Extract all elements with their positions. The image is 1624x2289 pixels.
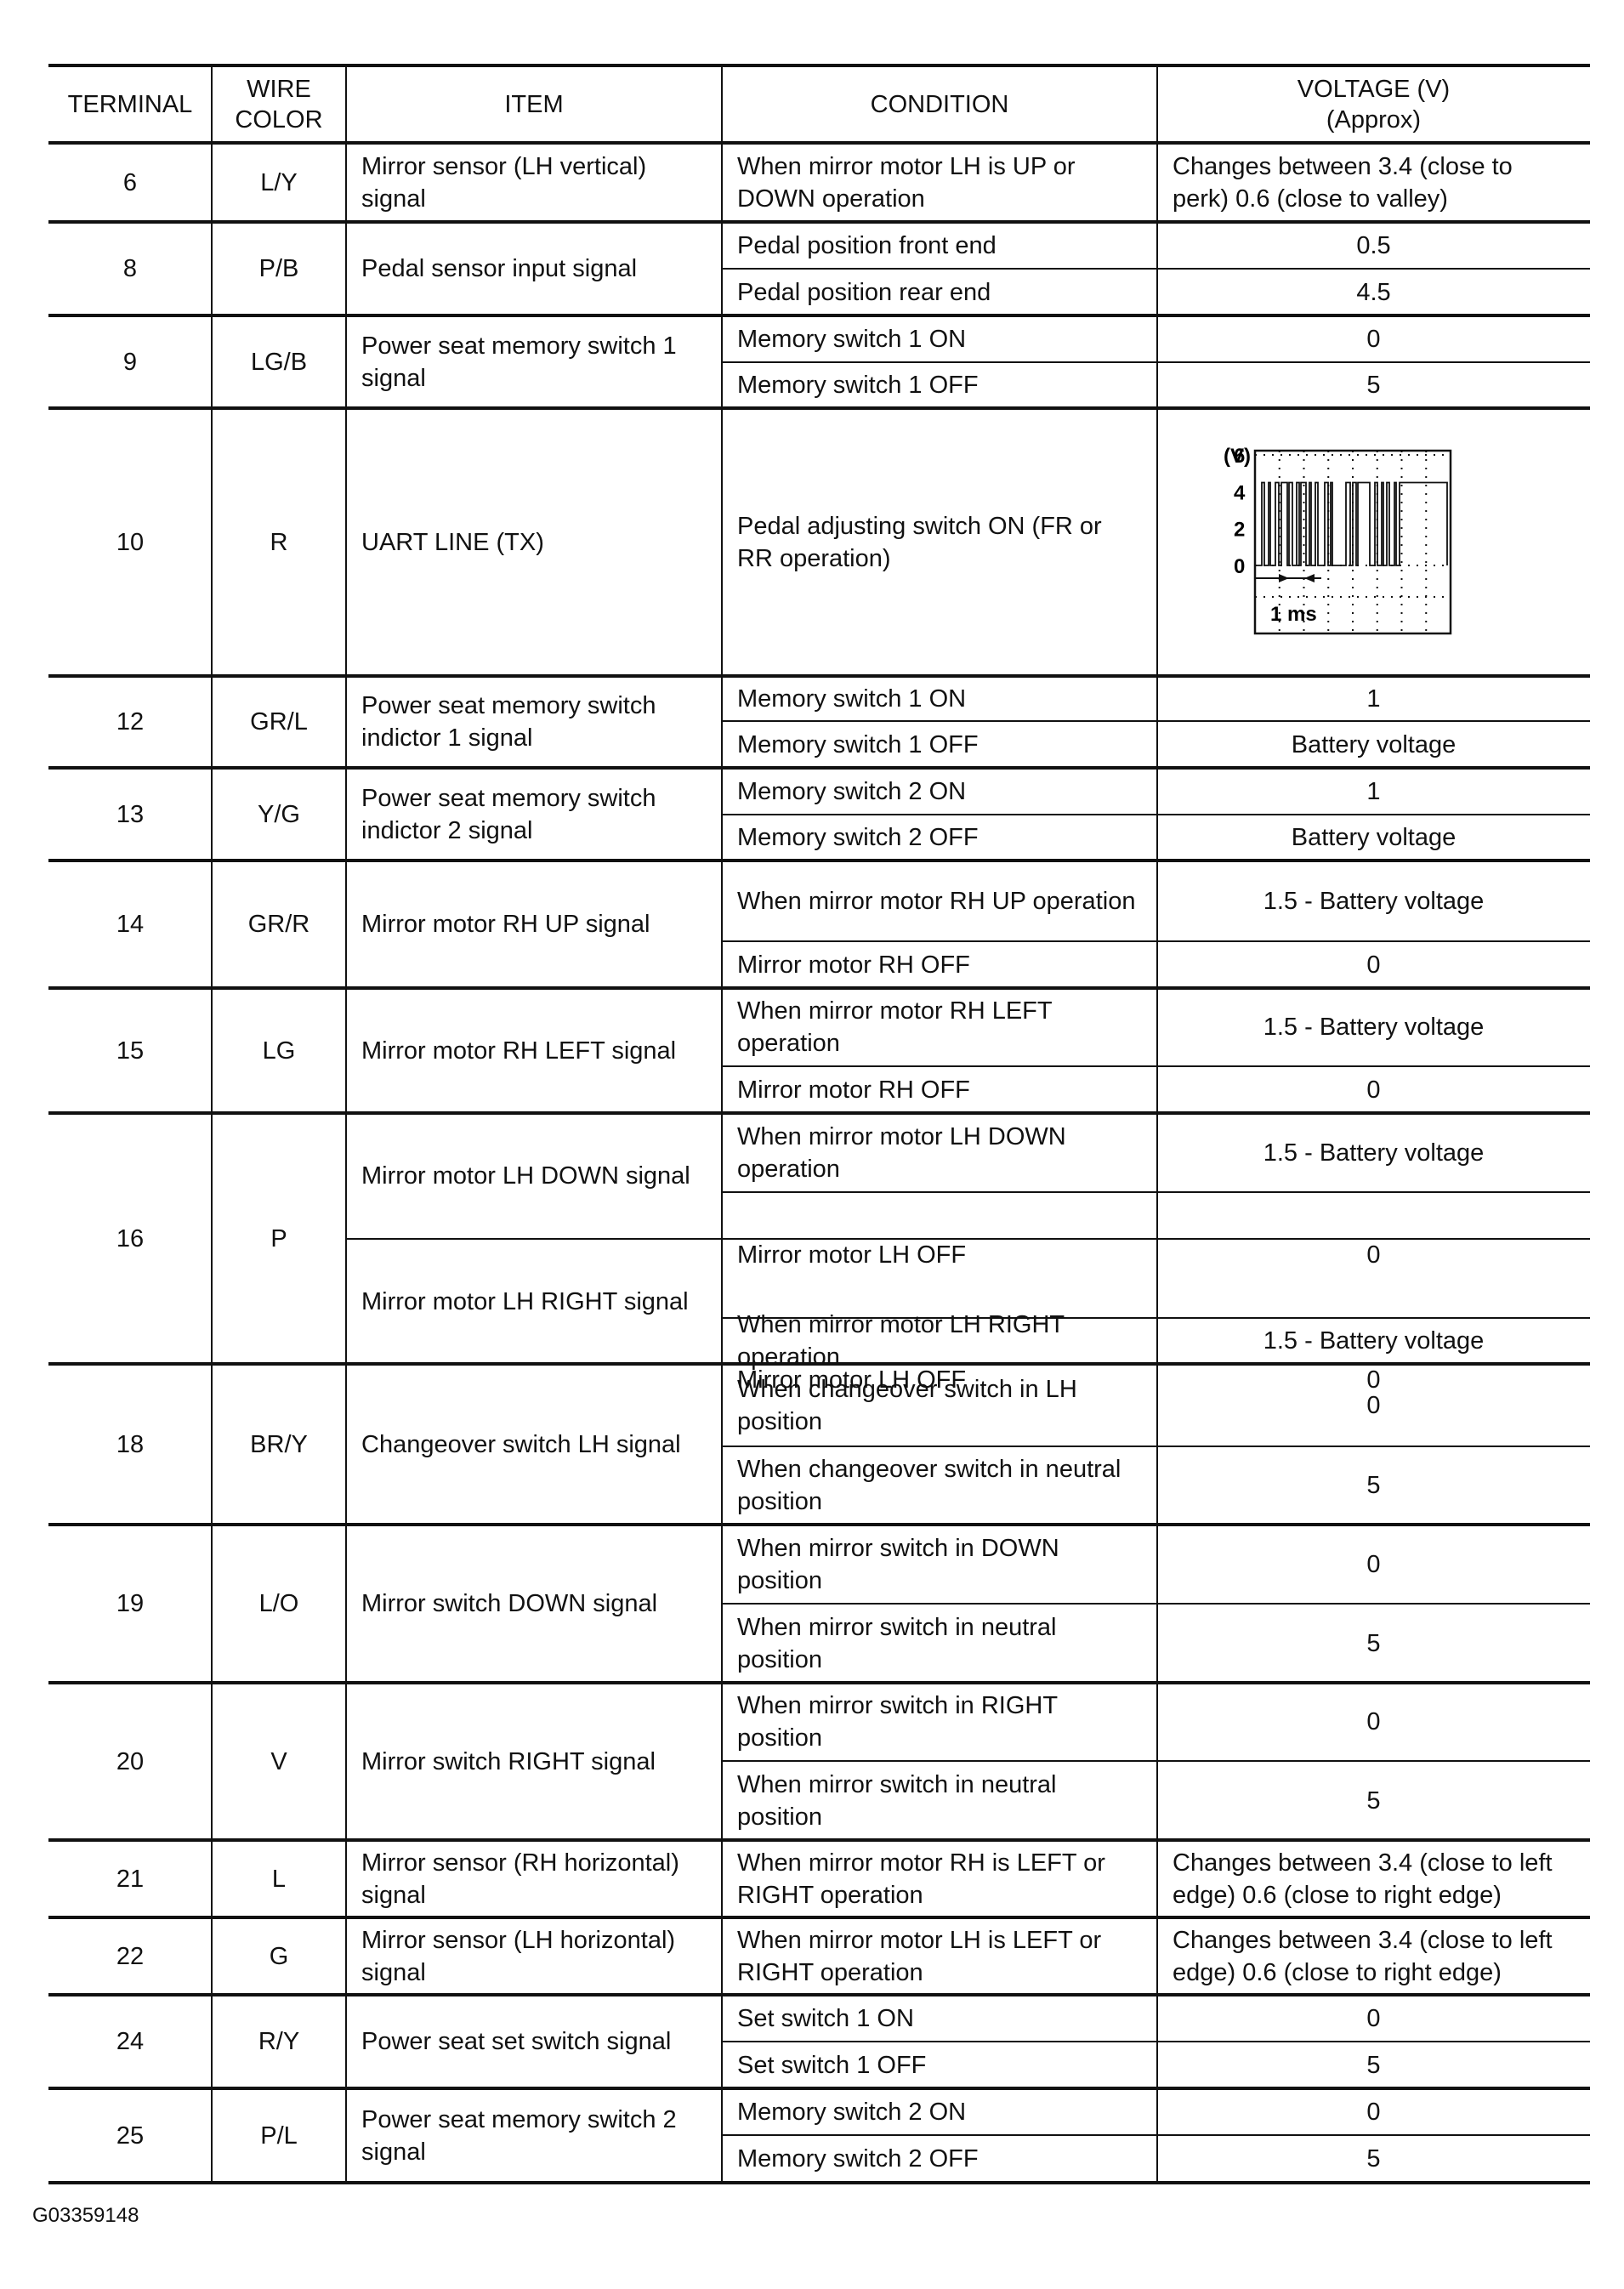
voltage-value: Battery voltage bbox=[1157, 815, 1590, 861]
voltage-value: 5 bbox=[1157, 1604, 1590, 1683]
condition-text: When changeover switch in LH position bbox=[722, 1364, 1157, 1446]
svg-text:4: 4 bbox=[1234, 481, 1246, 504]
condition-text: Memory switch 2 ON bbox=[722, 2088, 1157, 2135]
voltage-value: 0 bbox=[1157, 1364, 1590, 1446]
condition-text: Memory switch 1 ON bbox=[722, 676, 1157, 721]
condition-text: Memory switch 2 OFF bbox=[722, 815, 1157, 861]
voltage-value: 5 bbox=[1157, 1446, 1590, 1525]
item-label: UART LINE (TX) bbox=[346, 408, 722, 676]
terminal-number: 18 bbox=[48, 1364, 212, 1525]
condition-text: When mirror motor RH UP operation bbox=[722, 861, 1157, 941]
item-label: Mirror sensor (LH horizontal) signal bbox=[346, 1917, 722, 1995]
voltage-value: 5 bbox=[1157, 2135, 1590, 2183]
terminal-number: 19 bbox=[48, 1525, 212, 1683]
wire-color: GR/L bbox=[212, 676, 346, 768]
wire-color: P bbox=[212, 1113, 346, 1364]
header-wire-color: WIRECOLOR bbox=[212, 65, 346, 143]
condition-text: When mirror motor RH LEFT operation bbox=[722, 988, 1157, 1066]
voltage-value: 1.5 - Battery voltage bbox=[1157, 1113, 1590, 1192]
voltage-value: Battery voltage bbox=[1157, 721, 1590, 768]
header-terminal: TERMINAL bbox=[48, 65, 212, 143]
terminal-number: 14 bbox=[48, 861, 212, 988]
voltage-value: Changes between 3.4 (close to perk) 0.6 … bbox=[1157, 143, 1590, 222]
condition-text: Memory switch 1 OFF bbox=[722, 362, 1157, 408]
wire-color: L/O bbox=[212, 1525, 346, 1683]
wire-color: R bbox=[212, 408, 346, 676]
condition-text: When mirror switch in neutral position bbox=[722, 1761, 1157, 1840]
item-label: Mirror sensor (LH vertical) signal bbox=[346, 143, 722, 222]
condition-text: When mirror motor LH is LEFT or RIGHT op… bbox=[722, 1917, 1157, 1995]
terminal-number: 20 bbox=[48, 1683, 212, 1840]
terminal-number: 10 bbox=[48, 408, 212, 676]
voltage-value: 1.5 - Battery voltage bbox=[1157, 1318, 1590, 1364]
item-label: Mirror sensor (RH horizontal) signal bbox=[346, 1840, 722, 1917]
item-label: Mirror motor RH LEFT signal bbox=[346, 988, 722, 1113]
wire-color: L/Y bbox=[212, 143, 346, 222]
terminal-number: 21 bbox=[48, 1840, 212, 1917]
voltage-value: Changes between 3.4 (close to left edge)… bbox=[1157, 1840, 1590, 1917]
voltage-value: 1 bbox=[1157, 768, 1590, 815]
item-label: Mirror switch RIGHT signal bbox=[346, 1683, 722, 1840]
header-condition: CONDITION bbox=[722, 65, 1157, 143]
item-label: Power seat memory switch 2 signal bbox=[346, 2088, 722, 2183]
terminal-number: 22 bbox=[48, 1917, 212, 1995]
wire-color: Y/G bbox=[212, 768, 346, 861]
terminal-number: 24 bbox=[48, 1995, 212, 2088]
condition-text: When mirror motor RH is LEFT or RIGHT op… bbox=[722, 1840, 1157, 1917]
figure-code: G03359148 bbox=[32, 2204, 139, 2228]
item-label: Mirror motor LH DOWN signal bbox=[346, 1113, 722, 1239]
condition-text: Mirror motor LH OFF bbox=[722, 1192, 1157, 1318]
svg-text:1 ms: 1 ms bbox=[1270, 603, 1317, 626]
voltage-value: 0 bbox=[1157, 1192, 1590, 1318]
voltage-value: 0 bbox=[1157, 2088, 1590, 2135]
wire-color: V bbox=[212, 1683, 346, 1840]
svg-text:6: 6 bbox=[1234, 445, 1245, 468]
item-label: Power seat memory switch indictor 1 sign… bbox=[346, 676, 722, 768]
voltage-value: 0 bbox=[1157, 941, 1590, 988]
item-label: Power seat memory switch indictor 2 sign… bbox=[346, 768, 722, 861]
condition-text: Memory switch 2 ON bbox=[722, 768, 1157, 815]
terminal-number: 25 bbox=[48, 2088, 212, 2183]
wire-color: BR/Y bbox=[212, 1364, 346, 1525]
item-label: Power seat set switch signal bbox=[346, 1995, 722, 2088]
condition-text: Mirror motor RH OFF bbox=[722, 941, 1157, 988]
terminal-number: 16 bbox=[48, 1113, 212, 1364]
voltage-value: 0 bbox=[1157, 1995, 1590, 2042]
voltage-value: 5 bbox=[1157, 362, 1590, 408]
condition-text: Memory switch 2 OFF bbox=[722, 2135, 1157, 2183]
wire-color: LG/B bbox=[212, 315, 346, 408]
condition-text: Mirror motor RH OFF bbox=[722, 1066, 1157, 1113]
voltage-value: 0.5 bbox=[1157, 222, 1590, 269]
condition-text: Memory switch 1 ON bbox=[722, 315, 1157, 362]
voltage-value: 4.5 bbox=[1157, 269, 1590, 315]
voltage-value: 0 bbox=[1157, 1683, 1590, 1761]
item-label: Mirror motor RH UP signal bbox=[346, 861, 722, 988]
wire-color: G bbox=[212, 1917, 346, 1995]
condition-text: Pedal adjusting switch ON (FR or RR oper… bbox=[722, 408, 1157, 676]
wire-color: GR/R bbox=[212, 861, 346, 988]
wire-color: LG bbox=[212, 988, 346, 1113]
condition-text: Memory switch 1 OFF bbox=[722, 721, 1157, 768]
svg-text:2: 2 bbox=[1234, 519, 1245, 542]
voltage-value: 5 bbox=[1157, 2042, 1590, 2088]
oscilloscope-waveform: (V)64201 ms bbox=[1217, 442, 1472, 638]
condition-text: Pedal position rear end bbox=[722, 269, 1157, 315]
voltage-value: Changes between 3.4 (close to left edge)… bbox=[1157, 1917, 1590, 1995]
condition-text: Set switch 1 ON bbox=[722, 1995, 1157, 2042]
condition-text: When mirror motor LH RIGHT operation bbox=[722, 1318, 1157, 1364]
voltage-value: 1.5 - Battery voltage bbox=[1157, 988, 1590, 1066]
condition-text: When mirror motor LH is UP or DOWN opera… bbox=[722, 143, 1157, 222]
header-item: ITEM bbox=[346, 65, 722, 143]
item-label: Changeover switch LH signal bbox=[346, 1364, 722, 1525]
condition-text: When mirror motor LH DOWN operation bbox=[722, 1113, 1157, 1192]
voltage-value: 1.5 - Battery voltage bbox=[1157, 861, 1590, 941]
condition-text: When changeover switch in neutral positi… bbox=[722, 1446, 1157, 1525]
voltage-value: 0 bbox=[1157, 1525, 1590, 1604]
header-voltage: VOLTAGE (V)(Approx) bbox=[1157, 65, 1590, 143]
terminal-number: 9 bbox=[48, 315, 212, 408]
condition-text: When mirror switch in DOWN position bbox=[722, 1525, 1157, 1604]
item-label: Power seat memory switch 1 signal bbox=[346, 315, 722, 408]
terminal-number: 8 bbox=[48, 222, 212, 315]
svg-text:0: 0 bbox=[1234, 555, 1245, 578]
condition-text: When mirror switch in RIGHT position bbox=[722, 1683, 1157, 1761]
terminal-voltage-table: TERMINALWIRECOLORITEMCONDITIONVOLTAGE (V… bbox=[0, 0, 1624, 2289]
terminal-number: 6 bbox=[48, 143, 212, 222]
condition-text: When mirror switch in neutral position bbox=[722, 1604, 1157, 1683]
terminal-number: 13 bbox=[48, 768, 212, 861]
wire-color: R/Y bbox=[212, 1995, 346, 2088]
voltage-value: 0 bbox=[1157, 1066, 1590, 1113]
wire-color: P/L bbox=[212, 2088, 346, 2183]
wire-color: P/B bbox=[212, 222, 346, 315]
waveform-container: (V)64201 ms bbox=[1217, 442, 1472, 642]
item-label: Pedal sensor input signal bbox=[346, 222, 722, 315]
item-label: Mirror switch DOWN signal bbox=[346, 1525, 722, 1683]
terminal-number: 12 bbox=[48, 676, 212, 768]
voltage-value: 1 bbox=[1157, 676, 1590, 721]
condition-text: Pedal position front end bbox=[722, 222, 1157, 269]
terminal-number: 15 bbox=[48, 988, 212, 1113]
voltage-value: 5 bbox=[1157, 1761, 1590, 1840]
item-label: Mirror motor LH RIGHT signal bbox=[346, 1239, 722, 1364]
condition-text: Set switch 1 OFF bbox=[722, 2042, 1157, 2088]
wire-color: L bbox=[212, 1840, 346, 1917]
voltage-value: 0 bbox=[1157, 315, 1590, 362]
